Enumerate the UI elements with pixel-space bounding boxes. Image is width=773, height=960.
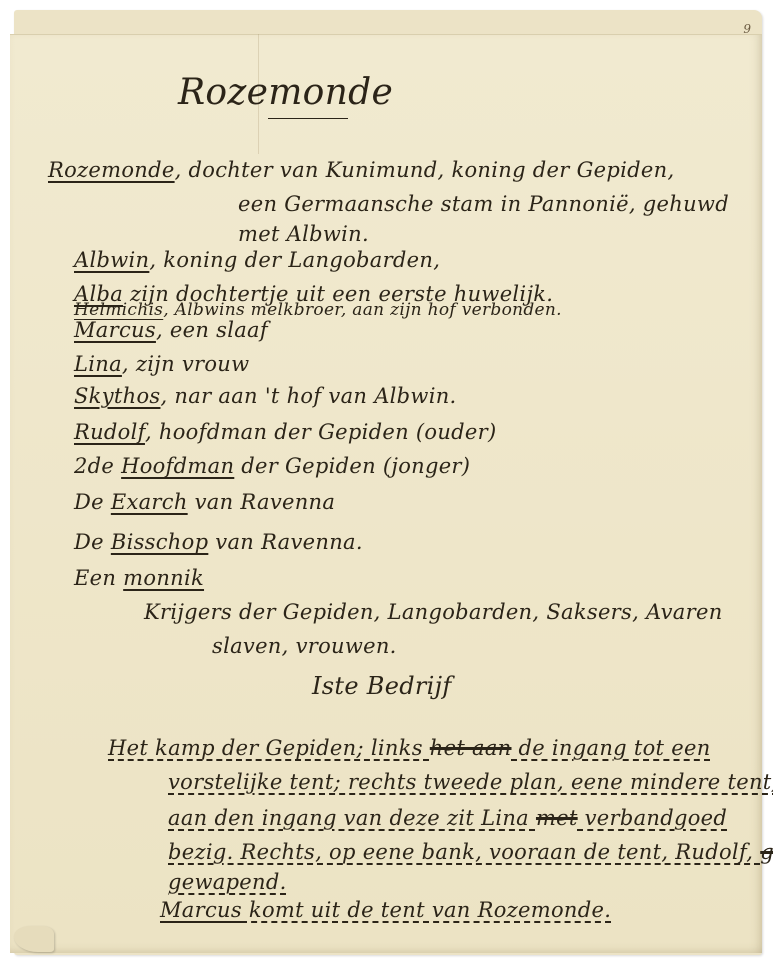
cast-desc: der Gepiden (jonger) [234, 454, 470, 478]
cast-name: Lina [74, 352, 122, 376]
direction-text: komt uit de tent van Rozemonde. [242, 898, 611, 922]
cast-desc: , nar aan 't hof van Albwin. [160, 384, 456, 408]
act-heading: Iste Bedrijf [312, 672, 452, 700]
cast-desc: , een slaaf [156, 318, 268, 342]
cast-desc: van Ravenna [188, 490, 336, 514]
struck-text: met [536, 806, 578, 830]
extras-line: slaven, vrouwen. [212, 634, 397, 658]
direction-text: de ingang tot een [512, 736, 711, 760]
cast-name: Skythos [74, 384, 160, 408]
stage-direction-line: aan den ingang van deze zit Lina met ver… [168, 806, 727, 830]
stage-direction-line: bezig. Rechts, op eene bank, vooraan de … [168, 840, 773, 864]
cast-entry-marcus: Marcus, een slaaf [74, 318, 268, 342]
cast-entry-skythos: Skythos, nar aan 't hof van Albwin. [74, 384, 457, 408]
stage-direction-line: vorstelijke tent; rechts tweede plan, ee… [168, 770, 773, 794]
cast-prefix: De [74, 530, 111, 554]
cast-entry-albwin: Albwin, koning der Langobarden, [74, 248, 440, 272]
direction-text: aan den ingang van deze zit Lina [168, 806, 536, 830]
cast-prefix: 2de [74, 454, 121, 478]
cast-entry-monnik: Een monnik [74, 566, 204, 590]
cast-desc: een Germaansche stam in Pannonië, gehuwd [238, 192, 729, 216]
cast-entry-continuation: een Germaansche stam in Pannonië, gehuwd [238, 192, 729, 216]
title-underline [268, 118, 348, 119]
cast-name: Bisschop [111, 530, 208, 554]
cast-prefix: De [74, 490, 111, 514]
direction-text: bezig. Rechts, op eene bank, vooraan de … [168, 840, 760, 864]
cast-name: monnik [123, 566, 204, 590]
cast-desc: , zijn vrouw [122, 352, 250, 376]
cast-desc: met Albwin. [238, 222, 369, 246]
cast-entry-bisschop: De Bisschop van Ravenna. [74, 530, 363, 554]
cast-entry-lina: Lina, zijn vrouw [74, 352, 249, 376]
direction-text: Het kamp der Gepiden; links [108, 736, 430, 760]
cast-entry-continuation: met Albwin. [238, 222, 369, 246]
cast-name: Rozemonde [48, 158, 175, 182]
cast-desc: van Ravenna. [208, 530, 363, 554]
cast-name: Hoofdman [121, 454, 234, 478]
cast-prefix: Een [74, 566, 123, 590]
cast-entry-helmichis: Helmichis, Albwins melkbroer, aan zijn h… [74, 300, 562, 320]
page-title: Rozemonde [178, 72, 393, 113]
struck-text: het aan [430, 736, 512, 760]
cast-entry-second-hoofdman: 2de Hoofdman der Gepiden (jonger) [74, 454, 470, 478]
cast-name: Albwin [74, 248, 149, 272]
cast-desc: , koning der Langobarden, [149, 248, 440, 272]
direction-text: vorstelijke tent; rechts tweede plan, ee… [168, 770, 773, 794]
cast-name: Marcus [74, 318, 156, 342]
cast-entry-exarch: De Exarch van Ravenna [74, 490, 335, 514]
struck-text: gewap [760, 840, 773, 864]
cast-name: Rudolf [74, 420, 145, 444]
stage-direction-line: Marcus komt uit de tent van Rozemonde. [160, 898, 611, 922]
cast-entry-rudolf: Rudolf, hoofdman der Gepiden (ouder) [74, 420, 496, 444]
cast-desc: , Albwins melkbroer, aan zijn hof verbon… [163, 300, 562, 320]
stage-direction-line: Het kamp der Gepiden; links het aan de i… [108, 736, 711, 760]
cast-name: Helmichis [74, 300, 163, 320]
cast-desc: , dochter van Kunimund, koning der Gepid… [175, 158, 675, 182]
extras-line: Krijgers der Gepiden, Langobarden, Sakse… [144, 600, 723, 624]
cast-desc: , hoofdman der Gepiden (ouder) [145, 420, 497, 444]
direction-text: verbandgoed [578, 806, 728, 830]
stage-direction-line: gewapend. [168, 870, 287, 894]
cast-entry-rozemonde: Rozemonde, dochter van Kunimund, koning … [48, 158, 674, 182]
direction-text: gewapend. [168, 870, 287, 894]
cast-name: Exarch [111, 490, 188, 514]
cast-name: Marcus [160, 898, 242, 922]
page-number: 9 [743, 22, 751, 36]
